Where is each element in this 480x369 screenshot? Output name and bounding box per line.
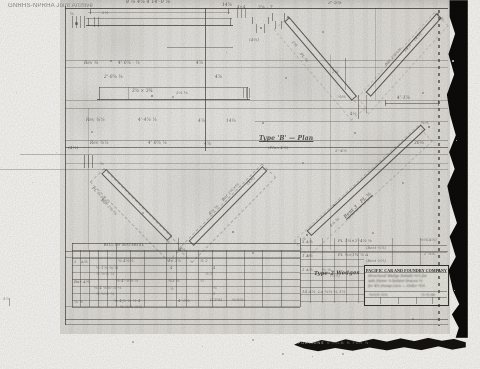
scan-speck — [232, 231, 234, 233]
stain-blot — [60, 80, 120, 140]
annotation: PL 1⅝×2'-4⅝ ⅜ — [338, 239, 372, 243]
title-block-line: side frame ⅝ bolster braces ⅜ — [368, 279, 445, 283]
drawing-line-v — [252, 17, 253, 24]
annotation: 5 A⅝ — [302, 240, 313, 244]
annotation: 4⅝ — [198, 119, 205, 123]
drawing-line-h — [99, 87, 248, 88]
scan-speck — [302, 162, 304, 164]
drawing-line-v — [241, 8, 242, 18]
film-note-word: ⅜ FILM ⅝ FOR ⅜ — [327, 341, 370, 345]
annotation: 3⅝ × 3¾ — [132, 89, 153, 93]
film-note-text: PORTIONS ⅜ FILM ⅝ FOR ⅜ — [298, 341, 466, 345]
annotation: 2'-0⅝ ⅜ — [104, 75, 123, 79]
annotation: ⅝3·⅝ — [168, 279, 180, 283]
sheet: GNRHS-NPRHA Joint Archive PACIFIC CAR AN… — [0, 0, 480, 369]
scan-speck — [110, 60, 112, 62]
drawing-line-v — [243, 88, 244, 98]
annotation: 14 A⅝ — [302, 290, 315, 294]
annotation: (4⅝) — [68, 146, 78, 150]
annotation: ⅜ ⅝ — [322, 268, 331, 272]
annotation: La ⅜⅝ ⅜ 1⅝ — [318, 290, 346, 294]
annotation: ⅜⅝⅝ — [232, 298, 244, 302]
annotation: 14⅜ — [226, 119, 236, 123]
annotation: (Plan 4⅝) — [268, 146, 289, 150]
annotation: ⅜ 4 ⅜⅝·⅝·⅜ — [94, 286, 122, 290]
scan-speck — [132, 341, 134, 343]
annotation: 4⅝ — [204, 142, 211, 146]
drawing-line-v — [98, 17, 99, 27]
drawing-line-v — [84, 155, 85, 168]
drawing-line-v — [256, 24, 257, 33]
annotation: ⅝⅜ — [338, 95, 346, 99]
drawing-line-v — [65, 6, 66, 325]
annotation: 4⅝ — [215, 75, 222, 79]
annotation: 4⅝ — [179, 248, 186, 252]
annotation: 4 — [213, 266, 216, 270]
drawing-line-v — [245, 8, 246, 18]
annotation: 2'-4⅝ — [335, 149, 347, 153]
drawing-line-h — [65, 108, 448, 109]
annotation: 4'-1⅝ — [397, 96, 410, 100]
annotation: (⅜⅝) — [330, 275, 340, 279]
drawing-line-v — [94, 17, 95, 27]
drawing-line-v — [80, 16, 81, 28]
scan-speck — [252, 339, 254, 341]
annotation: 2⅝ — [102, 11, 109, 15]
drawing-line-h — [65, 306, 300, 307]
annotation: ⅝ ⅜⅝ ⅜ — [96, 272, 114, 276]
perforation-marks — [438, 10, 440, 326]
annotation: 4 — [170, 266, 173, 270]
drawing-line-v — [438, 100, 439, 106]
drawing-line-v — [88, 108, 89, 250]
scan-speck — [402, 182, 404, 184]
annotation: 16·2⅝ — [168, 259, 181, 263]
drawing-line-v — [72, 16, 73, 28]
annotation: Bar A⅝ — [74, 280, 90, 284]
annotation: A⅝ — [81, 260, 88, 264]
band-speck — [452, 60, 454, 62]
title-block-line: for 4⅝ Dump Cars — Order ⅝⅝ — [368, 284, 445, 288]
scan-speck — [32, 182, 33, 183]
annotation: Rev ⅜⅝ — [90, 141, 109, 145]
annotation: ⅝ ⅝ — [74, 300, 83, 304]
annotation: ⅝ — [440, 17, 444, 21]
drawing-line-v — [272, 13, 273, 21]
annotation: ⅝ — [200, 279, 204, 283]
annotation: 1 A⅝ — [302, 254, 313, 258]
annotation: 36⅜ — [414, 141, 424, 145]
drawing-line-v — [268, 17, 269, 24]
annotation: 2 ⅞⅝ — [424, 253, 435, 257]
annotation: ⅝ 2 — [205, 272, 213, 276]
annotation: Type 'B' — Plan — [259, 136, 313, 142]
drawing-line-v — [128, 87, 129, 99]
drawing-line-v — [205, 8, 206, 151]
annotation: 4⅝ — [196, 61, 203, 65]
drawing-line-v — [246, 88, 247, 98]
scan-speck — [142, 212, 144, 214]
annotation: ⅝ ⅜⅝ ⅜ — [96, 292, 114, 296]
drawing-line-v — [237, 8, 238, 18]
scan-speck — [342, 353, 344, 355]
scan-speck — [412, 318, 414, 320]
scan-speck — [91, 131, 93, 133]
annotation: 2⅝ · 7 — [258, 6, 273, 10]
annotation: 2⅝ — [332, 70, 339, 74]
annotation: 2 A⅝ — [302, 268, 313, 272]
annotation: 8 ⅜ 4⅝ 4 14'-0 ⅝ — [126, 1, 170, 6]
scan-speck — [285, 77, 287, 79]
annotation: 4'-0⅝ ⅝ — [148, 141, 167, 145]
band-speck — [450, 220, 452, 222]
annotation: ⅜ — [100, 162, 104, 166]
scan-speck — [354, 132, 356, 134]
annotation: 4×4 — [237, 5, 246, 9]
annotation: BILL OF MATERIAL — [104, 244, 145, 248]
annotation: ⅝ — [213, 286, 217, 290]
scan-speck — [333, 204, 335, 206]
annotation: (Bent ⅜⅝) — [366, 247, 386, 250]
scan-speck — [422, 92, 424, 94]
annotation: PL ⅜×1¾ ⅞ A — [338, 253, 368, 257]
drawing-line-h — [65, 100, 448, 101]
scan-speck — [282, 353, 284, 355]
drawing-line-h — [88, 12, 230, 13]
drawing-line-h — [65, 324, 448, 325]
drawing-line-h — [86, 18, 232, 19]
drawing-line-h — [65, 319, 448, 320]
scan-speck — [262, 122, 264, 124]
annotation: ⅜ 4⅝⅝ — [118, 259, 134, 263]
drawing-line-v — [88, 18, 89, 26]
scan-speck — [252, 252, 254, 254]
drawing-line-v — [72, 243, 73, 307]
scan-speck — [75, 22, 78, 25]
annotation: ⅜·4'-0⅝·⅝ — [116, 279, 138, 283]
annotation: ⅜ 4⅝-⅜-⅝·4 — [114, 299, 141, 303]
drawing-line-v — [99, 87, 100, 100]
drawing-line-v — [92, 155, 93, 168]
annotation: 4'-4⅝ ⅝ — [138, 118, 157, 122]
annotation: 4⅝ — [350, 112, 357, 116]
drawing-line-v — [247, 87, 248, 100]
scan-speck — [372, 232, 374, 234]
annotation: Rev ⅜ — [84, 61, 98, 65]
film-note-word: PORTIONS — [298, 341, 324, 345]
annotation: 3'-5⅝ — [328, 2, 342, 6]
annotation: (13⅝) — [210, 298, 222, 302]
annotation: ⅝ 2 — [200, 259, 208, 263]
drawing-line-v — [84, 16, 85, 28]
annotation: 2 — [74, 260, 77, 264]
drawing-line-v — [230, 18, 231, 26]
drawing-line-h — [65, 140, 448, 141]
annotation: 2⅝ ⅜ — [176, 91, 188, 95]
scan-speck — [202, 346, 203, 347]
annotation: Rev ⅜⅝ — [86, 118, 105, 122]
annotation: (Bent ⅜⅝) — [366, 260, 386, 263]
drawing-line-v — [264, 24, 265, 33]
drawing-line-h — [86, 25, 233, 26]
drawing-line-h — [72, 307, 300, 308]
annotation: ⅜ — [166, 240, 170, 244]
annotation: ⅝ — [170, 287, 174, 291]
drawing-line-h — [167, 47, 233, 48]
drawing-line-v — [88, 155, 89, 168]
annotation: ⅜·⅝⅝ ⅝⅝ — [120, 305, 142, 309]
annotation: (4⅝) — [249, 38, 259, 42]
annotation: ⅜ — [70, 12, 74, 16]
annotation: 14⅝ — [222, 3, 232, 7]
annotation: ⅜⅝(A⅝) — [420, 239, 437, 243]
annotation: 2 — [213, 292, 216, 296]
drawing-line-v — [90, 9, 91, 14]
annotation: 4'-0⅝ — [178, 299, 190, 303]
drawing-line-v — [249, 88, 250, 98]
annotation: 4⅝ — [3, 298, 9, 302]
scan-speck — [312, 356, 313, 357]
drawing-line-h — [65, 8, 448, 9]
drawing-line-h — [65, 147, 448, 148]
annotation: 4'-0⅝ · ⅝ — [118, 61, 140, 65]
scan-speck — [16, 92, 17, 93]
scan-speck — [322, 31, 324, 33]
scan-speck — [151, 95, 153, 97]
title-block-line: Structural Wedge Details ⅜⅝ for — [368, 274, 445, 278]
annotation: ⅜ 1⅝·⅜·⅝ — [96, 266, 118, 270]
drawing-line-h — [385, 103, 438, 104]
annotation: ⅜⅝ — [421, 121, 429, 125]
drawing-line-v — [385, 100, 386, 106]
drawing-line-v — [228, 9, 229, 14]
scan-speck — [172, 96, 174, 98]
drawing-line-h — [255, 121, 448, 122]
